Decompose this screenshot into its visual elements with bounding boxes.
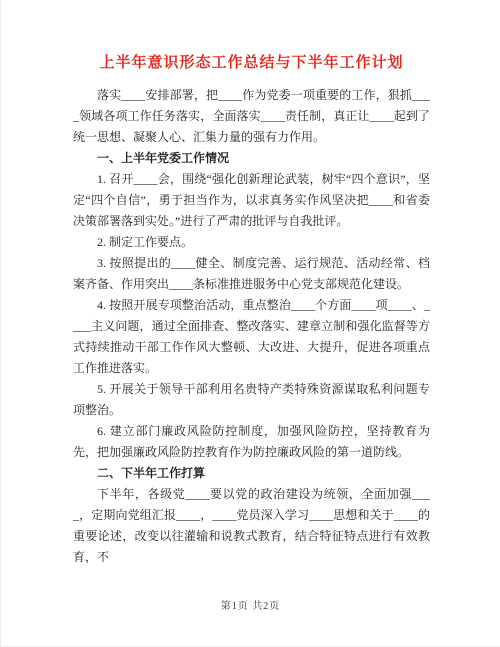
body-paragraph: 4. 按照开展专项整治活动，重点整治____个方面____项____、____主… [73,295,430,379]
page-number: 第1页 共2页 [1,597,500,612]
section-heading: 一、上半年党委工作情况 [73,148,430,169]
body-paragraph: 3. 按照提出的____健全、制度完善、运行规范、活动经常、档案齐备、作用突出_… [73,253,430,295]
body-paragraph: 1. 召开____会，围绕“强化创新理论武装，树牢“四个意识”，坚定“四个自信”… [73,169,430,232]
body-paragraph: 6. 建立部门廉政风险防控制度，加强风险防控，坚持教育为先，把加强廉政风险防控教… [73,421,430,463]
body-paragraph: 2. 制定工作要点。 [73,232,430,253]
document-page: 上半年意识形态工作总结与下半年工作计划 落实____安排部署，把____作为党委… [0,0,500,647]
document-body: 落实____安排部署，把____作为党委一项重要的工作，狠抓____领域各项工作… [1,74,500,568]
body-paragraph: 落实____安排部署，把____作为党委一项重要的工作，狠抓____领域各项工作… [73,85,430,148]
section-heading: 二、下半年工作打算 [73,463,430,484]
body-paragraph: 下半年，各级党____要以党的政治建设为统领，全面加强____，定期向党组汇报_… [73,484,430,568]
document-title: 上半年意识形态工作总结与下半年工作计划 [1,0,500,74]
body-paragraph: 5. 开展关于领导干部利用名贵特产类特殊资源谋取私利问题专项整治。 [73,379,430,421]
